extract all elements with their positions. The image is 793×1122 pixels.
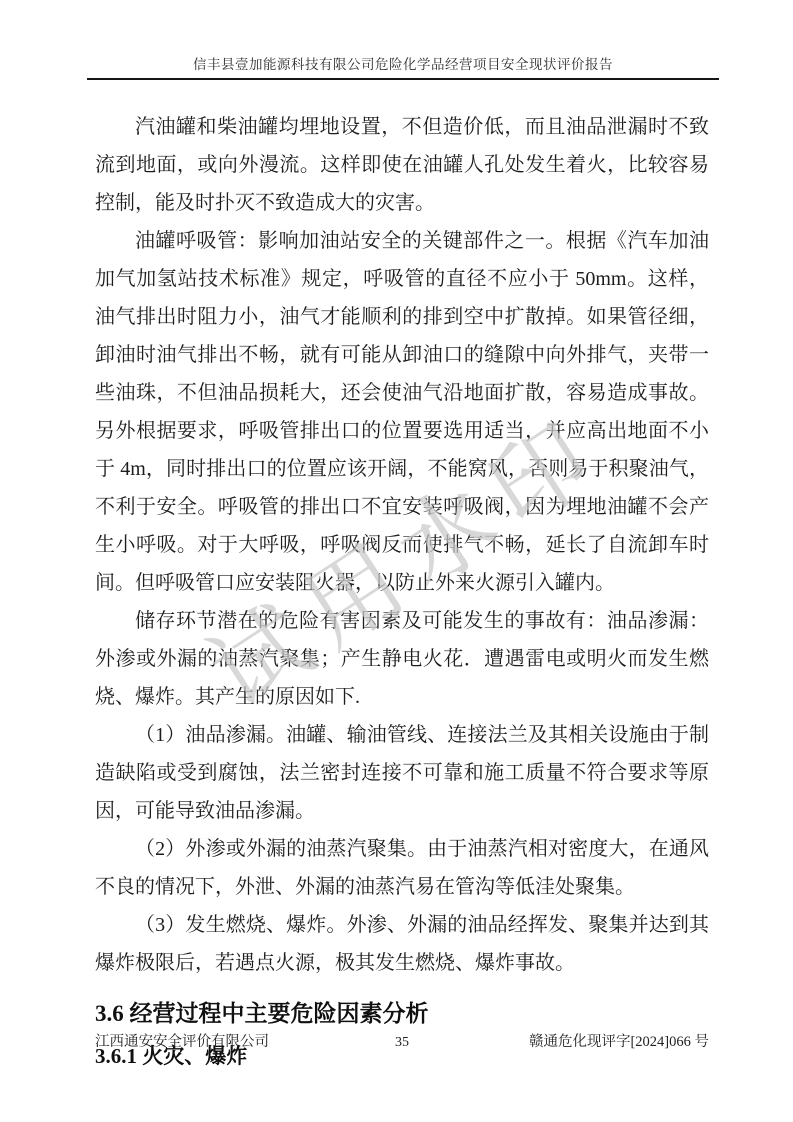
footer-company-name: 江西通安安全评价有限公司 <box>95 1030 395 1051</box>
document-body: 汽油罐和柴油罐均埋地设置，不但造价低，而且油品泄漏时不致流到地面，或向外漫流。这… <box>95 108 709 1071</box>
page-footer: 江西通安安全评价有限公司 35 赣通危化现评字[2024]066 号 <box>95 1030 709 1051</box>
page-number: 35 <box>395 1032 409 1051</box>
body-paragraph-item-3-explosion: （3）发生燃烧、爆炸。外渗、外漏的油品经挥发、聚集并达到其爆炸极限后，若遇点火源… <box>95 906 709 982</box>
body-paragraph-tanks-buried: 汽油罐和柴油罐均埋地设置，不但造价低，而且油品泄漏时不致流到地面，或向外漫流。这… <box>95 108 709 222</box>
body-paragraph-item-2-vapor: （2）外渗或外漏的油蒸汽聚集。由于油蒸汽相对密度大，在通风不良的情况下，外泄、外… <box>95 830 709 906</box>
body-paragraph-storage-hazards: 储存环节潜在的危险有害因素及可能发生的事故有：油品渗漏：外渗或外漏的油蒸汽聚集；… <box>95 602 709 716</box>
body-paragraph-item-1-leakage: （1）油品渗漏。油罐、输油管线、连接法兰及其相关设施由于制造缺陷或受到腐蚀，法兰… <box>95 716 709 830</box>
footer-document-number: 赣通危化现评字[2024]066 号 <box>409 1030 709 1051</box>
report-title: 信丰县壹加能源科技有限公司危险化学品经营项目安全现状评价报告 <box>87 53 719 73</box>
document-page: 信丰县壹加能源科技有限公司危险化学品经营项目安全现状评价报告 试用水印 汽油罐和… <box>0 0 793 1122</box>
body-paragraph-breather-pipe: 油罐呼吸管：影响加油站安全的关键部件之一。根据《汽车加油加气加氢站技术标准》规定… <box>95 222 709 602</box>
page-header: 信丰县壹加能源科技有限公司危险化学品经营项目安全现状评价报告 <box>87 53 719 80</box>
section-heading-3-6: 3.6 经营过程中主要危险因素分析 <box>95 997 709 1031</box>
